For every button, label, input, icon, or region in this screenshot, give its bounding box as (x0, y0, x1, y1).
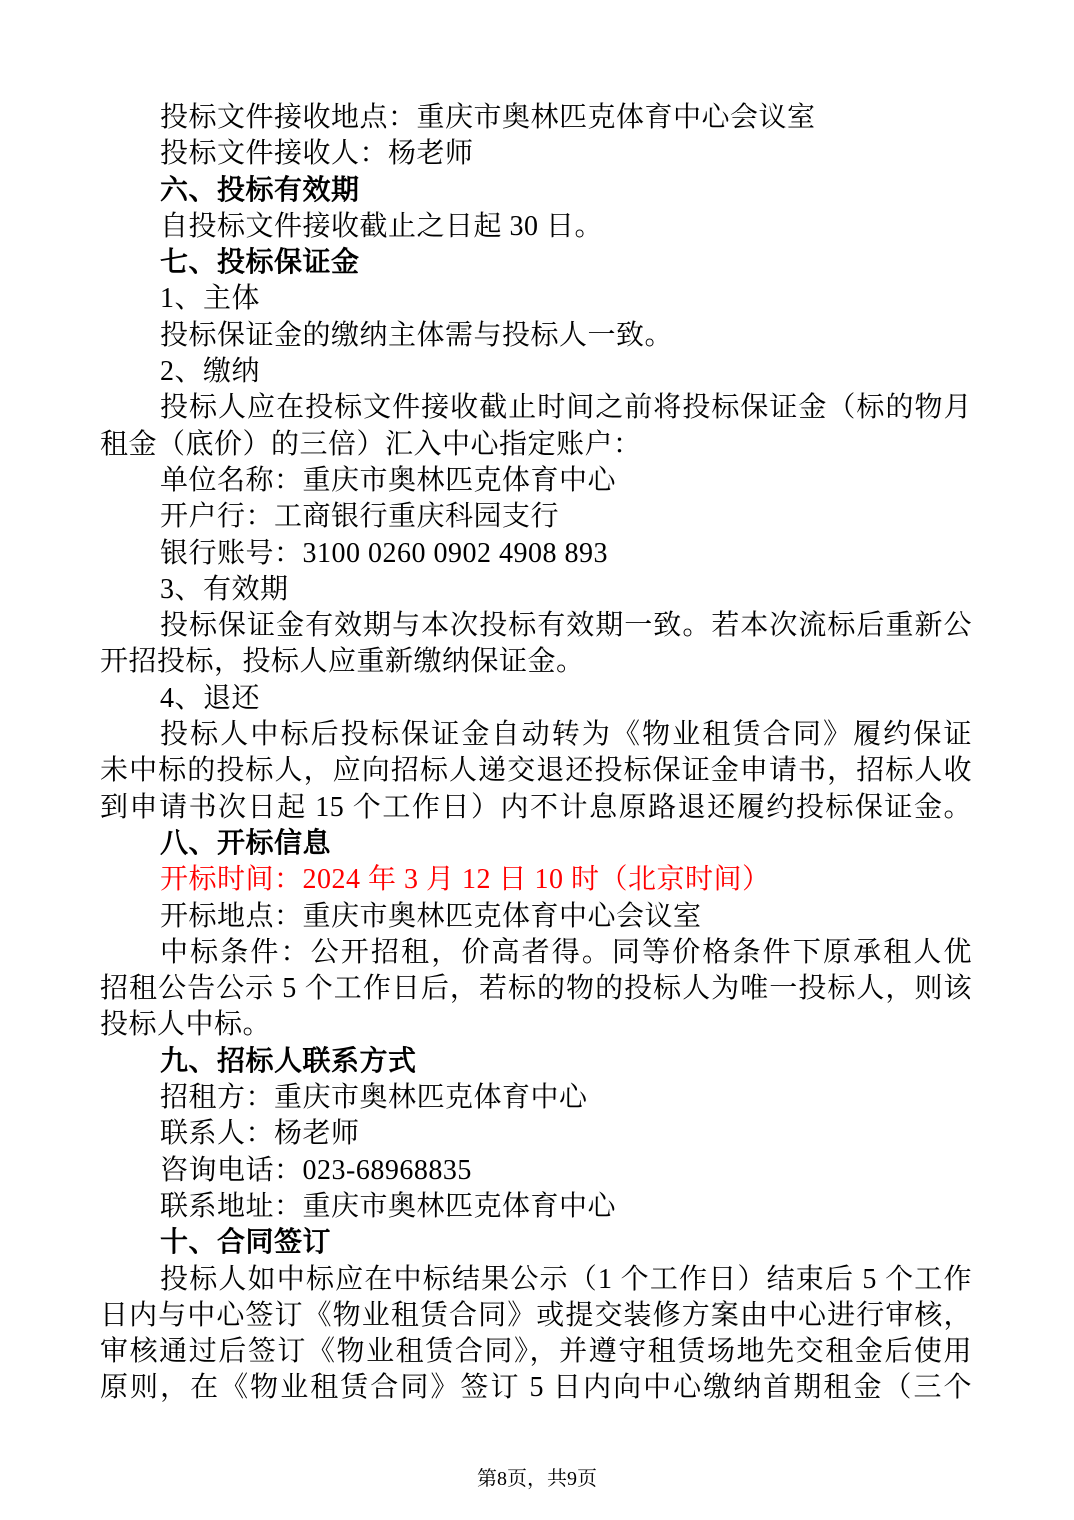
document-body: 投标文件接收地点：重庆市奥林匹克体育中心会议室投标文件接收人：杨老师六、投标有效… (100, 100, 972, 1407)
text-line: 投标人如中标应在中标结果公示（1 个工作日）结束后 5 个工作 (100, 1262, 972, 1298)
text-line: 投标保证金的缴纳主体需与投标人一致。 (100, 318, 972, 354)
text-line: 4、退还 (100, 681, 972, 717)
text-line: 投标人中标后投标保证金自动转为《物业租赁合同》履约保证金。 (100, 717, 972, 753)
section-heading: 六、投标有效期 (100, 173, 972, 209)
text-line: 3、有效期 (100, 572, 972, 608)
text-line: 原则，在《物业租赁合同》签订 5 日内向中心缴纳首期租金（三个月）， (100, 1370, 972, 1406)
text-line: 审核通过后签订《物业租赁合同》，并遵守租赁场地先交租金后使用 (100, 1334, 972, 1370)
section-heading: 九、招标人联系方式 (100, 1044, 972, 1080)
text-line: 投标文件接收地点：重庆市奥林匹克体育中心会议室 (100, 100, 972, 136)
text-line: 招租公告公示 5 个工作日后，若标的物的投标人为唯一投标人，则该 (100, 971, 972, 1007)
text-line: 银行账号：3100 0260 0902 4908 893 (100, 536, 972, 572)
text-line: 投标文件接收人：杨老师 (100, 136, 972, 172)
text-line: 开招投标，投标人应重新缴纳保证金。 (100, 644, 972, 680)
page-footer: 第8页，共9页 (0, 1466, 1074, 1492)
text-line: 1、主体 (100, 281, 972, 317)
text-line: 开标时间：2024 年 3 月 12 日 10 时（北京时间） (100, 862, 972, 898)
text-line: 租金（底价）的三倍）汇入中心指定账户： (100, 427, 972, 463)
text-line: 投标人中标。 (100, 1007, 972, 1043)
text-line: 未中标的投标人，应向招标人递交退还投标保证金申请书，招标人收 (100, 753, 972, 789)
text-line: 联系地址：重庆市奥林匹克体育中心 (100, 1189, 972, 1225)
text-line: 投标人应在投标文件接收截止时间之前将投标保证金（标的物月 (100, 390, 972, 426)
text-line: 日内与中心签订《物业租赁合同》或提交装修方案由中心进行审核， (100, 1298, 972, 1334)
text-line: 招租方：重庆市奥林匹克体育中心 (100, 1080, 972, 1116)
text-line: 投标保证金有效期与本次投标有效期一致。若本次流标后重新公 (100, 608, 972, 644)
text-line: 联系人：杨老师 (100, 1116, 972, 1152)
section-heading: 十、合同签订 (100, 1225, 972, 1261)
text-line: 开标地点：重庆市奥林匹克体育中心会议室 (100, 899, 972, 935)
section-heading: 七、投标保证金 (100, 245, 972, 281)
text-line: 自投标文件接收截止之日起 30 日。 (100, 209, 972, 245)
section-heading: 八、开标信息 (100, 826, 972, 862)
text-line: 到申请书次日起 15 个工作日）内不计息原路退还履约投标保证金。 (100, 790, 972, 826)
text-line: 单位名称：重庆市奥林匹克体育中心 (100, 463, 972, 499)
text-line: 咨询电话：023-68968835 (100, 1153, 972, 1189)
text-line: 开户行：工商银行重庆科园支行 (100, 499, 972, 535)
page-number: 第8页，共9页 (477, 1468, 597, 1490)
text-line: 中标条件：公开招租，价高者得。同等价格条件下原承租人优先。 (100, 935, 972, 971)
document-page: 投标文件接收地点：重庆市奥林匹克体育中心会议室投标文件接收人：杨老师六、投标有效… (0, 0, 1074, 1520)
text-line: 2、缴纳 (100, 354, 972, 390)
